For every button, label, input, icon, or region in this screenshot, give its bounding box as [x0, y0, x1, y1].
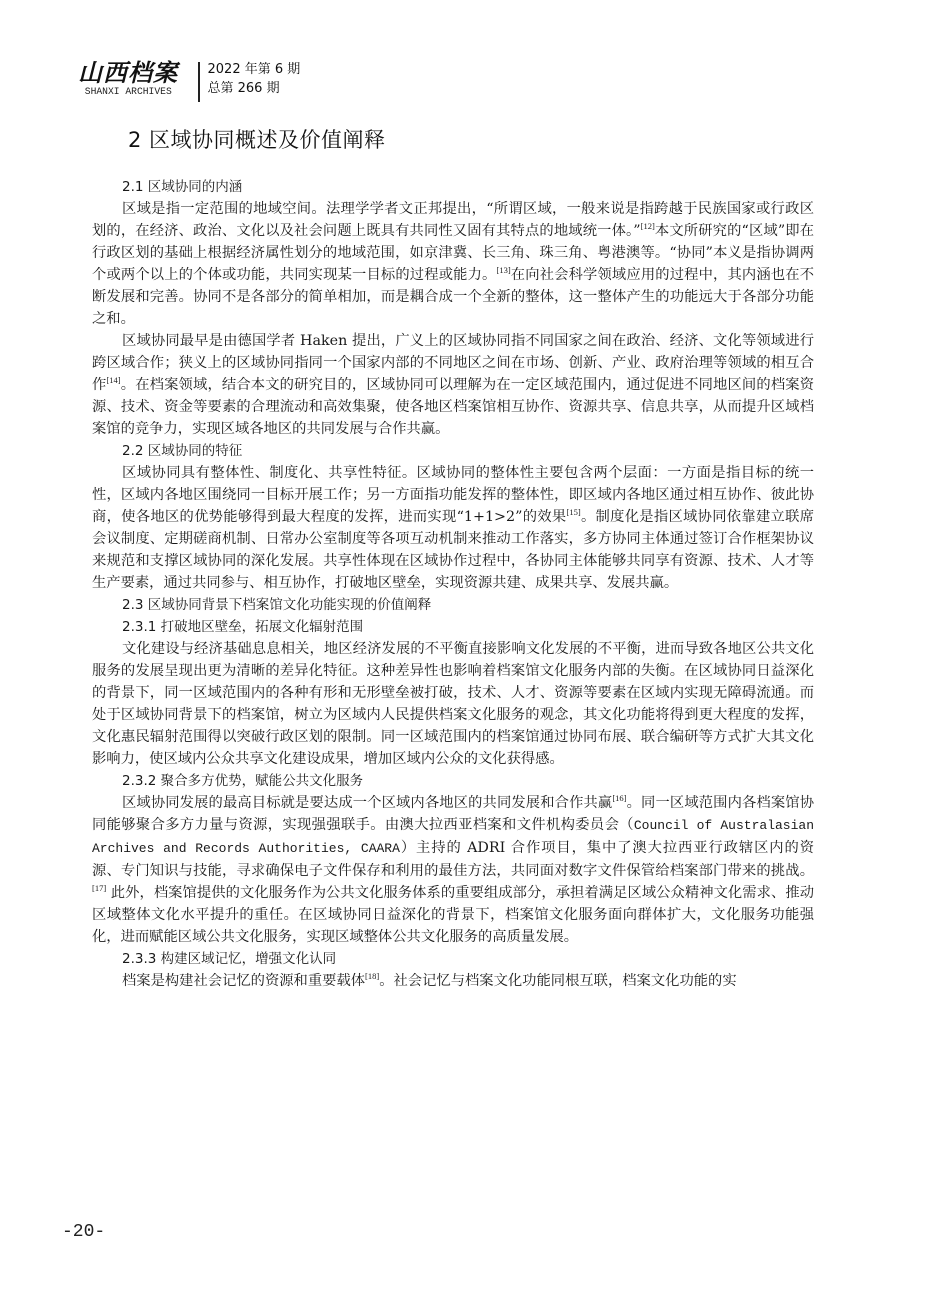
citation-14: [14]: [106, 375, 120, 385]
journal-logo: 山西档案 SHANXI ARCHIVES: [64, 60, 192, 98]
journal-name-en: SHANXI ARCHIVES: [85, 86, 172, 98]
text: 区域协同发展的最高目标就是要达成一个区域内各地区的共同发展和合作共赢: [122, 795, 612, 811]
paragraph-features: 区域协同具有整体性、制度化、共享性特征。区域协同的整体性主要包含两个层面：一方面…: [92, 462, 814, 594]
citation-12: [12]: [641, 221, 655, 231]
citation-17: [17]: [92, 883, 106, 893]
page-number: -20-: [62, 1222, 105, 1242]
issue-year-number: 2022 年第 6 期: [208, 60, 301, 79]
journal-name-cn: 山西档案: [78, 60, 178, 86]
citation-16: [16]: [612, 793, 626, 803]
text: 此外，档案馆提供的文化服务作为公共文化服务体系的重要组成部分，承担着满足区域公众…: [92, 885, 814, 945]
citation-13: [13]: [496, 265, 510, 275]
paragraph-barriers: 文化建设与经济基础息息相关，地区经济发展的不平衡直接影响文化发展的不平衡，进而导…: [92, 638, 814, 770]
citation-18: [18]: [365, 971, 379, 981]
journal-header: 山西档案 SHANXI ARCHIVES 2022 年第 6 期 总第 266 …: [64, 60, 300, 102]
paragraph-memory: 档案是构建社会记忆的资源和重要载体[18]。社会记忆与档案文化功能同根互联，档案…: [92, 970, 814, 992]
paragraph-definition: 区域是指一定范围的地域空间。法理学学者文正邦提出，“所谓区域，一般来说是指跨越于…: [92, 198, 814, 330]
heading-2-3: 2.3 区域协同背景下档案馆文化功能实现的价值阐释: [92, 594, 814, 616]
heading-2-2: 2.2 区域协同的特征: [92, 440, 814, 462]
article-body: 2.1 区域协同的内涵 区域是指一定范围的地域空间。法理学学者文正邦提出，“所谓…: [92, 176, 814, 992]
header-divider: [198, 62, 200, 102]
heading-2-3-3: 2.3.3 构建区域记忆，增强文化认同: [92, 948, 814, 970]
section-title: 2 区域协同概述及价值阐释: [128, 124, 386, 154]
heading-2-3-2: 2.3.2 聚合多方优势，赋能公共文化服务: [92, 770, 814, 792]
text: 。在档案领域，结合本文的研究目的，区域协同可以理解为在一定区域范围内，通过促进不…: [92, 377, 814, 437]
text: 档案是构建社会记忆的资源和重要载体: [122, 973, 365, 989]
issue-total-number: 总第 266 期: [208, 79, 301, 98]
text: 。社会记忆与档案文化功能同根互联，档案文化功能的实: [379, 973, 736, 989]
heading-2-1: 2.1 区域协同的内涵: [92, 176, 814, 198]
paragraph-public-service: 区域协同发展的最高目标就是要达成一个区域内各地区的共同发展和合作共赢[16]。同…: [92, 792, 814, 948]
heading-2-3-1: 2.3.1 打破地区壁垒，拓展文化辐射范围: [92, 616, 814, 638]
issue-info: 2022 年第 6 期 总第 266 期: [208, 60, 301, 98]
citation-15: [15]: [566, 507, 580, 517]
paragraph-haken: 区域协同最早是由德国学者 Haken 提出，广义上的区域协同指不同国家之间在政治…: [92, 330, 814, 440]
